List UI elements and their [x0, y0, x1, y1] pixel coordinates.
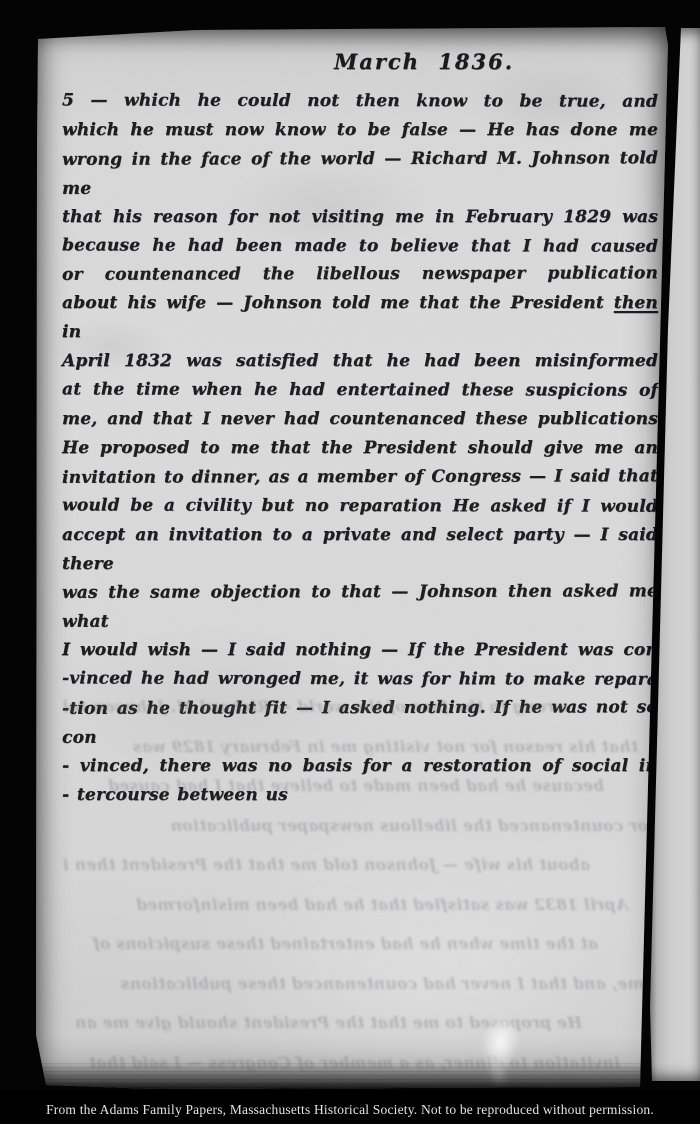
- manuscript-text-segment: would be a civility but no reparation He…: [62, 495, 658, 516]
- manuscript-text-segment: which he must now know to be false — He …: [62, 120, 658, 140]
- manuscript-line: He proposed to me that the President sho…: [62, 434, 658, 463]
- manuscript-line: - tercourse between us: [62, 781, 658, 810]
- manuscript-line: I would wish — I said nothing — If the P…: [62, 636, 658, 665]
- manuscript-text-segment: accept an invitation to a private and se…: [62, 525, 658, 574]
- underlined-word: then: [614, 293, 658, 313]
- entry-date-heading: March 1836.: [62, 49, 700, 75]
- bleedthrough-line: invitation to dinner, as a member of Con…: [64, 1043, 620, 1083]
- manuscript-text-segment: wrong in the face of the world — Richard…: [62, 148, 658, 198]
- manuscript-line: would be a civility but no reparation He…: [62, 491, 658, 521]
- manuscript-line: that his reason for not visiting me in F…: [62, 203, 658, 232]
- manuscript-text-segment: April 1832 was satisfied that he had bee…: [62, 351, 658, 371]
- manuscript-text-segment: He proposed to me that the President sho…: [62, 438, 658, 458]
- bleedthrough-line: at the time when he had entertained thes…: [64, 924, 598, 964]
- manuscript-line: accept an invitation to a private and se…: [62, 521, 658, 579]
- page-bottom-shadow: [36, 1063, 668, 1089]
- manuscript-text-segment: invitation to dinner, as a member of Con…: [62, 466, 658, 488]
- bleedthrough-line: or countenanced the libellous newspaper …: [64, 806, 648, 846]
- manuscript-text-segment: 5 — which he could not then know to be t…: [62, 90, 658, 111]
- manuscript-text-segment: I would wish — I said nothing — If the P…: [62, 640, 658, 660]
- manuscript-text-segment: me, and that I never had countenanced th…: [62, 409, 658, 429]
- manuscript-text-segment: - vinced, there was no basis for a resto…: [62, 756, 658, 776]
- scan-background: March 1836. 5 — which he could not then …: [0, 0, 700, 1124]
- manuscript-text-segment: or countenanced the libellous newspaper …: [62, 264, 658, 286]
- manuscript-line: because he had been made to believe that…: [62, 231, 658, 261]
- bleedthrough-line: me, and that I never had countenanced th…: [64, 964, 644, 1004]
- manuscript-text-segment: about his wife — Johnson told me that th…: [62, 293, 614, 313]
- caption-text: From the Adams Family Papers, Massachuse…: [46, 1102, 654, 1118]
- manuscript-line: wrong in the face of the world — Richard…: [62, 144, 658, 203]
- manuscript-line: at the time when he had entertained thes…: [62, 375, 658, 405]
- manuscript-text-segment: that his reason for not visiting me in F…: [62, 207, 658, 227]
- manuscript-text-segment: in: [62, 322, 81, 342]
- manuscript-text-segment: at the time when he had entertained thes…: [62, 379, 658, 400]
- manuscript-text-segment: - tercourse between us: [62, 785, 288, 805]
- manuscript-line: - vinced, there was no basis for a resto…: [62, 752, 658, 781]
- manuscript-line: or countenanced the libellous newspaper …: [62, 260, 658, 290]
- manuscript-line: invitation to dinner, as a member of Con…: [62, 462, 658, 492]
- manuscript-line: me, and that I never had countenanced th…: [62, 405, 658, 434]
- manuscript-line: 5 — which he could not then know to be t…: [62, 86, 658, 116]
- caption-bar: From the Adams Family Papers, Massachuse…: [0, 1090, 700, 1124]
- manuscript-line: about his wife — Johnson told me that th…: [62, 289, 658, 347]
- manuscript-line: April 1832 was satisfied that he had bee…: [62, 347, 658, 376]
- manuscript-page: March 1836. 5 — which he could not then …: [36, 27, 668, 1089]
- manuscript-line: was the same objection to that — Johnson…: [62, 578, 658, 637]
- manuscript-line: which he must now know to be false — He …: [62, 116, 658, 145]
- manuscript-line: -vinced he had wronged me, it was for hi…: [62, 665, 658, 695]
- manuscript-text-segment: -vinced he had wronged me, it was for hi…: [62, 669, 658, 690]
- bleedthrough-line: He proposed to me that the President sho…: [64, 1003, 582, 1043]
- bleedthrough-line: about his wife — Johnson told me that th…: [64, 845, 590, 885]
- manuscript-text-segment: -tion as he thought fit — I asked nothin…: [62, 697, 658, 747]
- bleedthrough-line: April 1832 was satisfied that he had bee…: [64, 885, 628, 925]
- manuscript-text-segment: was the same objection to that — Johnson…: [62, 582, 658, 632]
- white-smudge-artifact: [478, 1016, 522, 1073]
- manuscript-lines: 5 — which he could not then know to be t…: [62, 87, 658, 810]
- manuscript-text-segment: because he had been made to believe that…: [62, 235, 658, 256]
- manuscript-line: -tion as he thought fit — I asked nothin…: [62, 693, 658, 752]
